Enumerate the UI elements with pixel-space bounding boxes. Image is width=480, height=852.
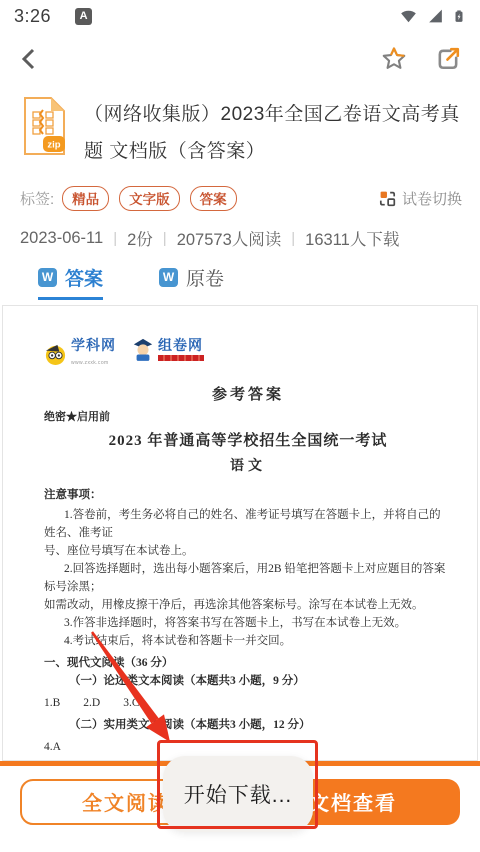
tab-answer[interactable]: W 答案 bbox=[38, 266, 103, 300]
document-tabs: W 答案 W 原卷 bbox=[0, 250, 480, 300]
tab-answer-label: 答案 bbox=[65, 264, 103, 291]
read-count: 207573人阅读 bbox=[177, 226, 282, 250]
xkw-logo-url: www.zxxk.com bbox=[71, 354, 116, 372]
copies-count: 2份 bbox=[127, 226, 153, 250]
word-doc-icon: W bbox=[159, 268, 178, 287]
favorite-button[interactable] bbox=[380, 45, 408, 73]
exam-subject: 语文 bbox=[44, 458, 452, 476]
wifi-icon bbox=[398, 6, 419, 26]
notice-line: 4.考试结束后，将本试卷和答题卡一并交回。 bbox=[44, 632, 452, 650]
answer-line: 1.B 2.D 3.C bbox=[44, 694, 452, 712]
subsection-heading: （二）实用类文本阅读（本题共3 小题，12 分） bbox=[44, 716, 452, 734]
tab-original[interactable]: W 原卷 bbox=[159, 266, 224, 300]
download-toast: 开始下载... bbox=[163, 756, 313, 832]
paper-switch-control[interactable]: 试卷切换 bbox=[379, 188, 462, 209]
stats-row: 2023-06-11 | 2份 | 207573人阅读 | 16311人下载 bbox=[0, 211, 480, 250]
tag-text-version: 文字版 bbox=[119, 186, 180, 211]
back-chevron-icon bbox=[18, 46, 42, 72]
clock: 3:26 bbox=[14, 6, 51, 27]
document-title-row: zip （网络收集版）2023年全国乙卷语文高考真题 文档版（含答案） bbox=[0, 86, 480, 170]
star-icon bbox=[380, 45, 408, 73]
notice-line: 2.回答选择题时，选出每小题答案后，用2B 铅笔把答题卡上对应题目的答案标号涂黑… bbox=[44, 560, 452, 596]
signal-icon bbox=[426, 6, 445, 26]
zjw-mascot-icon bbox=[132, 337, 154, 361]
zjw-logo: 组卷网 bbox=[132, 336, 204, 361]
switch-icon bbox=[379, 190, 396, 207]
status-icons bbox=[398, 5, 466, 27]
zip-file-icon: zip bbox=[20, 96, 68, 170]
notice-line: 号、座位号填写在本试卷上。 bbox=[44, 542, 452, 560]
document-preview-page[interactable]: 学科网 www.zxxk.com 组卷网 参考答案 绝密★启用前 2023 年普… bbox=[2, 305, 478, 761]
exam-title: 2023 年普通高等学校招生全国统一考试 bbox=[44, 432, 452, 450]
stat-separator: | bbox=[113, 230, 117, 247]
switch-label: 试卷切换 bbox=[402, 188, 462, 209]
stat-separator: | bbox=[163, 230, 167, 247]
notice-line: 如需改动，用橡皮擦干净后，再选涂其他答案标号。涂写在本试卷上无效。 bbox=[44, 596, 452, 614]
word-doc-icon: W bbox=[38, 268, 57, 287]
tag-answer: 答案 bbox=[190, 186, 237, 211]
app-screen: 3:26 A bbox=[0, 0, 480, 852]
app-letter-badge: A bbox=[75, 8, 92, 25]
tag-premium: 精品 bbox=[62, 186, 109, 211]
xkw-owl-icon bbox=[44, 343, 67, 366]
share-icon bbox=[434, 45, 462, 73]
section-heading: 一、现代文阅读（36 分） bbox=[44, 654, 452, 672]
xkw-logo-text: 学科网 bbox=[71, 336, 116, 354]
zip-badge-label: zip bbox=[47, 140, 60, 151]
subsection-heading: （一）论述类文本阅读（本题共3 小题，9 分） bbox=[44, 672, 452, 690]
download-count: 16311人下载 bbox=[305, 226, 399, 250]
stat-separator: | bbox=[291, 230, 295, 247]
notice-title: 注意事项： bbox=[44, 486, 452, 504]
document-title: （网络收集版）2023年全国乙卷语文高考真题 文档版（含答案） bbox=[84, 96, 460, 170]
tab-original-label: 原卷 bbox=[186, 264, 224, 291]
status-bar: 3:26 A bbox=[0, 0, 480, 32]
tags-label: 标签: bbox=[20, 188, 54, 209]
share-button[interactable] bbox=[434, 45, 462, 73]
notice-line: 1.答卷前，考生务必将自己的姓名、准考证号填写在答题卡上，并将自己的姓名、准考证 bbox=[44, 506, 452, 542]
watermark-logos: 学科网 www.zxxk.com 组卷网 bbox=[44, 336, 452, 372]
tags-row: 标签: 精品 文字版 答案 试卷切换 bbox=[0, 170, 480, 211]
back-button[interactable] bbox=[18, 46, 42, 72]
answer-heading: 参考答案 bbox=[44, 386, 452, 404]
notice-line: 3.作答非选择题时，将答案书写在答题卡上，书写在本试卷上无效。 bbox=[44, 614, 452, 632]
secret-label: 绝密★启用前 bbox=[44, 408, 452, 426]
top-nav-bar bbox=[0, 32, 480, 86]
zjw-logo-banner bbox=[158, 355, 204, 361]
battery-charging-icon bbox=[452, 5, 466, 27]
zjw-logo-text: 组卷网 bbox=[158, 336, 204, 354]
download-toast-text: 开始下载... bbox=[184, 779, 293, 809]
xkw-logo: 学科网 www.zxxk.com bbox=[44, 336, 116, 372]
answer-line: 4.A bbox=[44, 738, 452, 756]
publish-date: 2023-06-11 bbox=[20, 229, 103, 248]
